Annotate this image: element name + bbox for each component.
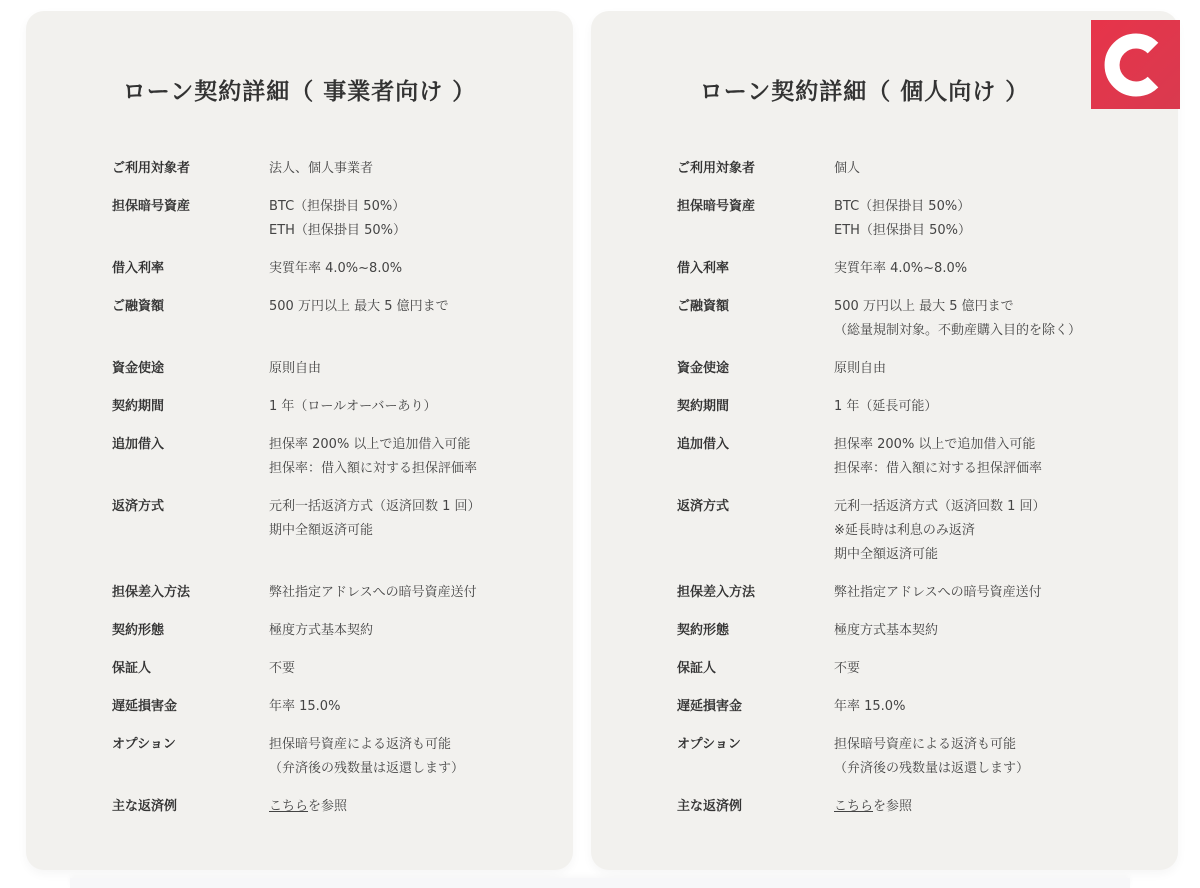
detail-row: 遅延損害金年率 15.0% [112, 695, 481, 719]
value-line: 担保率 200% 以上で追加借入可能 [834, 433, 1042, 457]
row-label: 遅延損害金 [112, 695, 269, 719]
row-label: オプション [112, 733, 269, 781]
detail-row: 借入利率実質年率 4.0%~8.0% [112, 257, 481, 281]
row-label: 資金使途 [677, 357, 834, 381]
bottom-section-edge [70, 878, 1130, 888]
row-value: 担保率 200% 以上で追加借入可能担保率：借入額に対する担保評価率 [834, 433, 1042, 481]
value-line: 1 年（延長可能） [834, 395, 937, 419]
value-line: 原則自由 [269, 357, 321, 381]
row-value: 不要 [834, 657, 860, 681]
value-line: ETH（担保掛目 50%） [269, 219, 406, 243]
value-line: 不要 [834, 657, 860, 681]
row-value: 原則自由 [834, 357, 886, 381]
row-value: 実質年率 4.0%~8.0% [269, 257, 402, 281]
value-line: 極度方式基本契約 [269, 619, 373, 643]
value-line: 担保率 200% 以上で追加借入可能 [269, 433, 477, 457]
repayment-example-link[interactable]: こちら [269, 799, 308, 814]
detail-row: オプション担保暗号資産による返済も可能（弁済後の残数量は返還します） [112, 733, 481, 781]
value-line: 500 万円以上 最大 5 億円まで [834, 295, 1081, 319]
value-line: 弊社指定アドレスへの暗号資産送付 [269, 581, 477, 605]
row-label: ご融資額 [112, 295, 269, 343]
row-label: 資金使途 [112, 357, 269, 381]
value-line: 個人 [834, 157, 860, 181]
detail-row: 主な返済例こちらを参照 [677, 795, 1081, 819]
row-label: ご融資額 [677, 295, 834, 343]
detail-rows: ご利用対象者個人担保暗号資産BTC（担保掛目 50%）ETH（担保掛目 50%）… [677, 157, 1081, 833]
row-label: 返済方式 [677, 495, 834, 567]
row-label: 契約期間 [677, 395, 834, 419]
row-label: 主な返済例 [677, 795, 834, 819]
detail-row: ご利用対象者法人、個人事業者 [112, 157, 481, 181]
value-line: BTC（担保掛目 50%） [834, 195, 971, 219]
row-label: 契約形態 [112, 619, 269, 643]
value-line: ETH（担保掛目 50%） [834, 219, 971, 243]
value-line: 担保暗号資産による返済も可能 [834, 733, 1029, 757]
link-suffix-text: を参照 [873, 799, 912, 814]
row-value: 元利一括返済方式（返済回数 1 回）※延長時は利息のみ返済期中全額返済可能 [834, 495, 1046, 567]
row-label: 追加借入 [112, 433, 269, 481]
detail-rows: ご利用対象者法人、個人事業者担保暗号資産BTC（担保掛目 50%）ETH（担保掛… [112, 157, 481, 833]
row-label: 保証人 [112, 657, 269, 681]
row-label: 借入利率 [112, 257, 269, 281]
value-line: BTC（担保掛目 50%） [269, 195, 406, 219]
detail-row: 担保差入方法弊社指定アドレスへの暗号資産送付 [677, 581, 1081, 605]
detail-row: 契約期間1 年（延長可能） [677, 395, 1081, 419]
detail-row: 追加借入担保率 200% 以上で追加借入可能担保率：借入額に対する担保評価率 [677, 433, 1081, 481]
row-label: 担保差入方法 [677, 581, 834, 605]
row-value: 不要 [269, 657, 295, 681]
row-value: BTC（担保掛目 50%）ETH（担保掛目 50%） [834, 195, 971, 243]
row-value: 担保暗号資産による返済も可能（弁済後の残数量は返還します） [269, 733, 464, 781]
detail-row: 主な返済例こちらを参照 [112, 795, 481, 819]
row-value: 原則自由 [269, 357, 321, 381]
row-label: 担保差入方法 [112, 581, 269, 605]
detail-row: ご融資額500 万円以上 最大 5 億円まで（総量規制対象。不動産購入目的を除く… [677, 295, 1081, 343]
row-value: 担保率 200% 以上で追加借入可能担保率：借入額に対する担保評価率 [269, 433, 477, 481]
value-line: （弁済後の残数量は返還します） [834, 757, 1029, 781]
detail-row: 返済方式元利一括返済方式（返済回数 1 回）※延長時は利息のみ返済期中全額返済可… [677, 495, 1081, 567]
row-label: 契約形態 [677, 619, 834, 643]
value-line: ※延長時は利息のみ返済 [834, 519, 1046, 543]
value-line: 不要 [269, 657, 295, 681]
row-value: 弊社指定アドレスへの暗号資産送付 [269, 581, 477, 605]
row-value: 実質年率 4.0%~8.0% [834, 257, 967, 281]
value-line: 元利一括返済方式（返済回数 1 回） [269, 495, 481, 519]
row-value: 年率 15.0% [269, 695, 340, 719]
row-value: 500 万円以上 最大 5 億円まで（総量規制対象。不動産購入目的を除く） [834, 295, 1081, 343]
detail-row: ご利用対象者個人 [677, 157, 1081, 181]
value-line: 弊社指定アドレスへの暗号資産送付 [834, 581, 1042, 605]
link-suffix-text: を参照 [308, 799, 347, 814]
value-line: 極度方式基本契約 [834, 619, 938, 643]
row-value: こちらを参照 [269, 795, 347, 819]
row-value: 500 万円以上 最大 5 億円まで [269, 295, 449, 343]
detail-row: 契約形態極度方式基本契約 [112, 619, 481, 643]
row-label: 返済方式 [112, 495, 269, 567]
detail-row: 借入利率実質年率 4.0%~8.0% [677, 257, 1081, 281]
value-line: 担保率：借入額に対する担保評価率 [269, 457, 477, 481]
business-loan-card: ローン契約詳細（ 事業者向け ） ご利用対象者法人、個人事業者担保暗号資産BTC… [26, 11, 573, 870]
row-value: 1 年（延長可能） [834, 395, 937, 419]
detail-row: 契約形態極度方式基本契約 [677, 619, 1081, 643]
row-value: 極度方式基本契約 [834, 619, 938, 643]
value-line: 法人、個人事業者 [269, 157, 373, 181]
detail-row: 契約期間1 年（ロールオーバーあり） [112, 395, 481, 419]
row-value: こちらを参照 [834, 795, 912, 819]
card-title: ローン契約詳細（ 個人向け ） [591, 73, 1138, 106]
detail-row: 資金使途原則自由 [677, 357, 1081, 381]
row-value: 弊社指定アドレスへの暗号資産送付 [834, 581, 1042, 605]
row-label: ご利用対象者 [677, 157, 834, 181]
detail-row: 返済方式元利一括返済方式（返済回数 1 回）期中全額返済可能 [112, 495, 481, 567]
row-label: 保証人 [677, 657, 834, 681]
personal-loan-card: ローン契約詳細（ 個人向け ） ご利用対象者個人担保暗号資産BTC（担保掛目 5… [591, 11, 1178, 870]
row-label: 借入利率 [677, 257, 834, 281]
value-line: （弁済後の残数量は返還します） [269, 757, 464, 781]
value-line: 元利一括返済方式（返済回数 1 回） [834, 495, 1046, 519]
page: ローン契約詳細（ 事業者向け ） ご利用対象者法人、個人事業者担保暗号資産BTC… [0, 0, 1200, 888]
value-line: 年率 15.0% [834, 695, 905, 719]
detail-row: ご融資額500 万円以上 最大 5 億円まで [112, 295, 481, 343]
row-value: 法人、個人事業者 [269, 157, 373, 181]
row-label: 主な返済例 [112, 795, 269, 819]
row-value: 元利一括返済方式（返済回数 1 回）期中全額返済可能 [269, 495, 481, 567]
row-value: 担保暗号資産による返済も可能（弁済後の残数量は返還します） [834, 733, 1029, 781]
detail-row: 追加借入担保率 200% 以上で追加借入可能担保率：借入額に対する担保評価率 [112, 433, 481, 481]
card-title: ローン契約詳細（ 事業者向け ） [26, 73, 573, 106]
c-logo-icon [1101, 30, 1171, 100]
value-line: 1 年（ロールオーバーあり） [269, 395, 437, 419]
detail-row: 担保暗号資産BTC（担保掛目 50%）ETH（担保掛目 50%） [112, 195, 481, 243]
value-line: 期中全額返済可能 [834, 543, 1046, 567]
detail-row: 資金使途原則自由 [112, 357, 481, 381]
detail-row: オプション担保暗号資産による返済も可能（弁済後の残数量は返還します） [677, 733, 1081, 781]
row-value: 年率 15.0% [834, 695, 905, 719]
value-line: 年率 15.0% [269, 695, 340, 719]
value-line: 原則自由 [834, 357, 886, 381]
value-line [269, 319, 449, 343]
detail-row: 遅延損害金年率 15.0% [677, 695, 1081, 719]
value-line: 500 万円以上 最大 5 億円まで [269, 295, 449, 319]
repayment-example-link[interactable]: こちら [834, 799, 873, 814]
detail-row: 保証人不要 [677, 657, 1081, 681]
row-value: BTC（担保掛目 50%）ETH（担保掛目 50%） [269, 195, 406, 243]
value-line: 担保率：借入額に対する担保評価率 [834, 457, 1042, 481]
row-value: 極度方式基本契約 [269, 619, 373, 643]
row-label: 担保暗号資産 [677, 195, 834, 243]
value-line: 期中全額返済可能 [269, 519, 481, 543]
row-label: 遅延損害金 [677, 695, 834, 719]
detail-row: 担保暗号資産BTC（担保掛目 50%）ETH（担保掛目 50%） [677, 195, 1081, 243]
value-line: 実質年率 4.0%~8.0% [269, 257, 402, 281]
row-value: 1 年（ロールオーバーあり） [269, 395, 437, 419]
row-value: 個人 [834, 157, 860, 181]
row-label: 追加借入 [677, 433, 834, 481]
detail-row: 担保差入方法弊社指定アドレスへの暗号資産送付 [112, 581, 481, 605]
value-line: 担保暗号資産による返済も可能 [269, 733, 464, 757]
row-label: 契約期間 [112, 395, 269, 419]
row-label: ご利用対象者 [112, 157, 269, 181]
row-label: オプション [677, 733, 834, 781]
brand-logo[interactable] [1091, 20, 1180, 109]
row-label: 担保暗号資産 [112, 195, 269, 243]
value-line [269, 543, 481, 567]
value-line: 実質年率 4.0%~8.0% [834, 257, 967, 281]
detail-row: 保証人不要 [112, 657, 481, 681]
value-line: （総量規制対象。不動産購入目的を除く） [834, 319, 1081, 343]
